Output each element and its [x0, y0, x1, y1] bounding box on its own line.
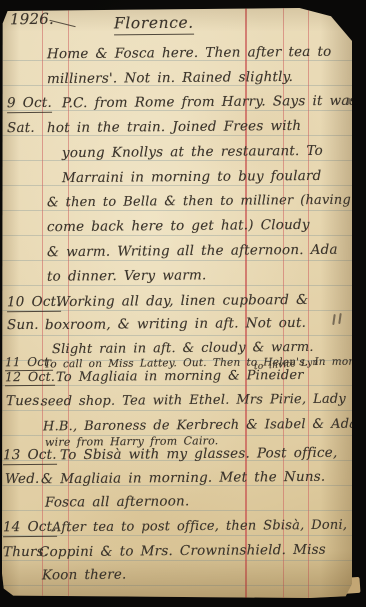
- journal-line: Slight rain in aft. & cloudy & warm.: [52, 341, 314, 356]
- entry-day: Wed.: [5, 473, 40, 487]
- journal-line: seed shop. Tea with Ethel. Mrs Pirie, La…: [41, 393, 346, 409]
- journal-line: P.C. from Rome from Harry. Says it was: [62, 95, 357, 111]
- entry-date: 14 Oct.: [3, 521, 57, 537]
- entry-date: 9 Oct.: [7, 97, 52, 113]
- entry-day: Sun.: [7, 319, 39, 333]
- entry-day: Sat.: [7, 122, 35, 136]
- journal-line: Fosca all afternoon.: [45, 495, 190, 510]
- journal-line: boxroom, & writing in aft. Not out.: [45, 317, 306, 333]
- entry-day: Tues.: [6, 395, 44, 409]
- journal-line: young Knollys at the restaurant. To: [62, 145, 323, 161]
- journal-line: Coppini & to Mrs. Crowninshield. Miss: [39, 544, 326, 560]
- journal-line: milliners'. Not in. Rained slightly.: [47, 71, 293, 87]
- stray-mark: [347, 98, 351, 104]
- journal-line: to dinner. Very warm.: [47, 269, 207, 284]
- journal-line: Working all day, linen cupboard &: [56, 294, 308, 310]
- entry-date: 13 Oct.: [3, 449, 57, 465]
- notebook-page: 1926. Florence. Home & Fosca here. Then …: [2, 8, 352, 598]
- journal-line: come back here to get hat.) Cloudy: [47, 219, 310, 235]
- page-title: Florence.: [114, 16, 194, 35]
- journal-line: Koon there.: [42, 569, 127, 583]
- journal-line: After tea to post office, then Sbisà, Do…: [52, 519, 347, 535]
- journal-line: Marraini in morning to buy foulard: [62, 170, 322, 186]
- journal-line: H.B., Baroness de Kerbrech & Isabel & Ad…: [43, 418, 357, 434]
- journal-line: Home & Fosca here. Then after tea to: [47, 46, 332, 62]
- journal-line: & then to Bella & then to milliner (havi…: [47, 194, 351, 210]
- journal-line: & Magliaia in morning. Met the Nuns.: [41, 471, 325, 487]
- entry-date: 12 Oct.: [5, 371, 55, 386]
- journal-line: & warm. Writing all the afternoon. Ada: [47, 244, 338, 260]
- journal-line: To Sbisà with my glasses. Post office,: [60, 447, 338, 463]
- year-label: 1926.: [10, 12, 54, 27]
- entry-date: 10 Oct.: [7, 296, 61, 312]
- journal-line: hot in the train. Joined Frees with: [47, 120, 301, 136]
